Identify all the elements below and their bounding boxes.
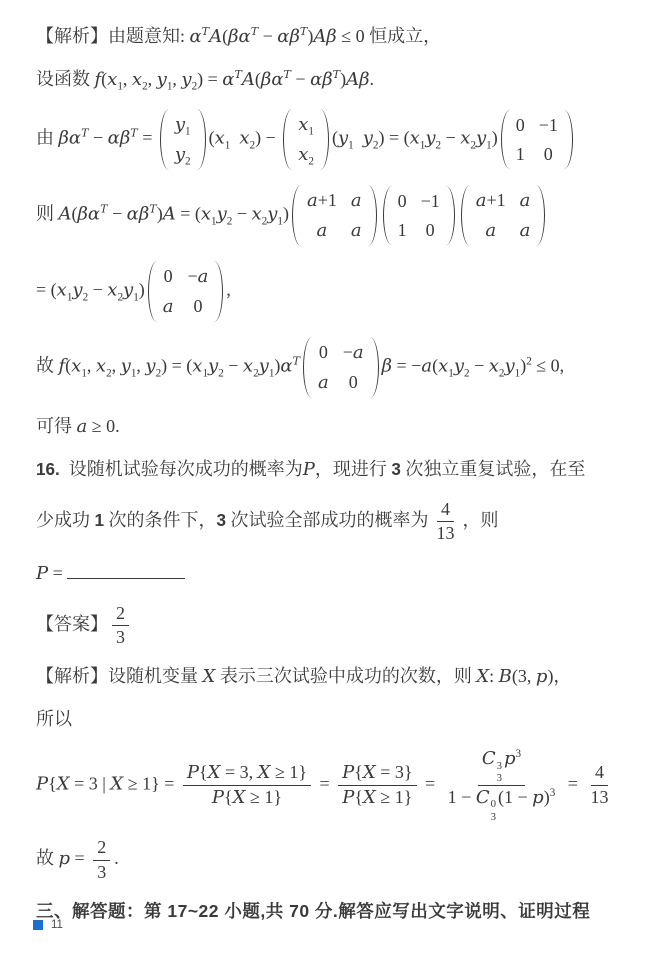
matrix-paren-right — [368, 185, 377, 246]
math-variable: y — [454, 356, 464, 377]
text-run: , — [112, 356, 121, 376]
text-run: − — [89, 127, 108, 147]
text-run: − — [258, 26, 277, 46]
matrix-cell: 0 — [421, 217, 440, 243]
fraction-numerator: C33p3 — [478, 747, 525, 786]
text-run: { — [224, 787, 233, 807]
text-run: ≥ 1} — [270, 762, 307, 782]
section3-heading: 三、解答题：第 17~22 小题,共 70 分.解答应写出文字说明、证明过程 — [36, 897, 655, 925]
math-variable: x — [410, 127, 420, 148]
math-variable: X — [208, 762, 221, 783]
text-run: − — [470, 356, 489, 376]
text-run: , — [148, 69, 157, 89]
text-run: = — [70, 848, 89, 868]
text-run: 则 — [36, 204, 59, 224]
text-run: 设随机试验每次成功的概率为 — [60, 459, 303, 479]
text-run: 13 — [590, 787, 608, 807]
q16-probability-formula: P{X = 3 | X ≥ 1} = P{X = 3, X ≥ 1}P{X ≥ … — [36, 747, 655, 823]
text-run: = 3} — [376, 762, 413, 782]
matrix-cell: x1 — [298, 111, 314, 138]
matrix-paren-right — [214, 261, 223, 322]
q15-result: 可得 a ≥ 0. — [36, 412, 655, 442]
text-run: 0 — [193, 296, 202, 316]
math-subscript: 2 — [308, 155, 314, 167]
math-superscript: T — [202, 25, 209, 38]
math-superscript: 3 — [497, 760, 502, 772]
math-matrix: 0−110 — [383, 185, 455, 246]
matrix-cell: 0 — [188, 293, 209, 320]
math-variable: a — [485, 220, 496, 241]
fraction-numerator: 4 — [437, 498, 454, 522]
answer-blank — [67, 562, 185, 578]
page-marker-icon — [33, 920, 43, 930]
math-variable: y — [175, 114, 185, 135]
math-superscript: T — [149, 203, 156, 216]
math-variable: p — [532, 787, 544, 808]
text-run: +1 — [318, 190, 337, 210]
text-run: : — [489, 666, 499, 686]
math-subscript: 2 — [185, 155, 191, 167]
matrix-cell: 0 — [516, 112, 525, 138]
matrix-paren-left — [160, 109, 169, 170]
matrix-paren-left — [283, 109, 292, 170]
math-variable: p — [59, 848, 71, 869]
text-run: 1 − — [448, 787, 476, 807]
math-variable: y — [145, 356, 155, 377]
math-variable: y — [338, 127, 348, 148]
text-run: − — [88, 280, 107, 300]
math-variable: P — [303, 459, 315, 480]
text-run: { — [199, 762, 208, 782]
math-variable: a — [476, 190, 487, 211]
text-run: )， — [547, 666, 571, 686]
text-run: 恒成立， — [369, 26, 441, 46]
text-run: . — [370, 69, 375, 89]
math-fraction: C33p31 − C03(1 − p)3 — [444, 747, 560, 823]
math-variable: p — [504, 748, 516, 769]
math-superscript: 3 — [516, 748, 522, 760]
text-run: , — [123, 69, 132, 89]
text-run: ≥ 1} = — [123, 773, 179, 793]
matrix-cell: a+1 — [476, 187, 506, 214]
math-variable: Aβ — [346, 69, 369, 90]
text-run: 1 — [516, 144, 525, 164]
text-run: . — [114, 848, 119, 868]
math-variable: a — [317, 220, 328, 241]
math-variable: βα — [261, 69, 284, 90]
fraction-numerator: P{X = 3, X ≥ 1} — [183, 761, 311, 785]
math-variable: x — [192, 356, 202, 377]
text-run: = — [563, 773, 582, 793]
math-variable: a — [351, 190, 362, 211]
math-variable: P — [187, 762, 199, 783]
math-subscript: 1 — [185, 125, 191, 137]
text-run: 4 — [595, 762, 604, 782]
math-variable: a — [318, 372, 329, 393]
math-variable: a — [307, 190, 318, 211]
text-run: 2 — [97, 837, 106, 857]
math-variable: αβ — [277, 26, 300, 47]
text-run: { — [48, 773, 57, 793]
matrix-grid: 0−110 — [395, 185, 443, 246]
matrix-paren-left — [303, 337, 312, 398]
math-variable: P — [342, 787, 354, 808]
bold-text: 3 — [217, 511, 227, 530]
math-superscript: T — [283, 68, 290, 81]
math-variable: a — [351, 220, 362, 241]
math-variable: X — [476, 666, 489, 687]
matrix-cell: 0 — [398, 188, 407, 214]
matrix-cell: 1 — [516, 141, 525, 167]
matrix-cell: x2 — [298, 141, 314, 168]
text-run: 2 — [116, 603, 125, 623]
math-superscript: T — [293, 355, 300, 368]
text-run: − — [291, 69, 310, 89]
math-variable: a — [198, 266, 209, 287]
text-run — [354, 127, 363, 147]
text-run: 设函数 — [36, 69, 95, 89]
text-run: = — [315, 773, 334, 793]
matrix-paren-right — [197, 109, 206, 170]
q16-result: 故 p = 23. — [36, 836, 655, 884]
math-variable: a — [421, 356, 432, 377]
page-footer: 11 — [33, 919, 63, 931]
math-variable: y — [175, 144, 185, 165]
math-variable: y — [259, 356, 269, 377]
matrix-cell: a — [520, 217, 531, 244]
math-variable: X — [203, 666, 216, 687]
math-variable: P — [36, 563, 48, 584]
math-matrix: 0−aa0 — [148, 260, 224, 323]
math-variable: p — [536, 666, 548, 687]
matrix-cell: 0 — [318, 339, 329, 366]
math-variable: a — [520, 190, 531, 211]
math-variable: Aβ — [313, 26, 336, 47]
matrix-cell: 1 — [398, 217, 407, 243]
math-variable: x — [96, 356, 106, 377]
text-run: ≥ 1} — [376, 787, 413, 807]
math-matrix: x1x2 — [283, 108, 329, 171]
text-run: 三、解答题：第 17~22 小题,共 70 分.解答应写出文字说明、证明过程 — [36, 901, 590, 921]
math-variable: a — [353, 342, 364, 363]
matrix-cell: a — [476, 217, 506, 244]
math-variable: x — [57, 280, 67, 301]
bold-text: 16. — [36, 460, 60, 479]
q16-problem-line1: 16. 设随机试验每次成功的概率为P，现进行 3 次独立重复试验，在至 — [36, 455, 655, 485]
matrix-cell: a — [351, 187, 362, 214]
text-run: ≤ 0 — [337, 26, 369, 46]
fraction-denominator: 13 — [433, 522, 459, 545]
matrix-paren-left — [461, 185, 470, 246]
q16-blank-line: P = — [36, 559, 655, 589]
q15-matrix-derivation-2: 则 A(βαT − αβT)A = (x1y2 − x2y1)a+1aaa0−1… — [36, 184, 655, 247]
matrix-paren-right — [564, 110, 573, 169]
matrix-paren-left — [292, 185, 301, 246]
matrix-cell: −1 — [539, 112, 558, 138]
matrix-cell: a — [307, 217, 337, 244]
matrix-paren-right — [446, 186, 455, 245]
math-superscript: T — [130, 126, 137, 139]
text-run: 3 — [97, 862, 106, 882]
text-run: (3, — [512, 666, 536, 686]
math-variable: X — [57, 773, 70, 794]
q15-matrix-derivation-1: 由 βαT − αβT = y1y2(x1 x2) − x1x2(y1 y2) … — [36, 108, 655, 171]
math-fraction: 23 — [112, 602, 129, 650]
math-variable: X — [363, 762, 376, 783]
math-superscript: T — [234, 68, 241, 81]
matrix-cell: a — [318, 369, 329, 396]
math-fraction: P{X = 3}P{X ≥ 1} — [338, 761, 416, 809]
text-run: (1 − — [498, 787, 532, 807]
bold-text: 3 — [391, 460, 401, 479]
matrix-cell: a — [163, 293, 174, 320]
text-run: − — [188, 266, 198, 286]
text-run: − — [224, 356, 243, 376]
math-matrix: a+1aaa — [461, 184, 546, 247]
text-run: ) − — [255, 127, 280, 147]
text-run: 故 — [36, 848, 59, 868]
text-run: 表示三次试验中成功的次数，则 — [215, 666, 476, 686]
math-variable: x — [132, 69, 142, 90]
math-variable: x — [251, 204, 261, 225]
math-variable: x — [489, 356, 499, 377]
q16-analysis-line1: 【解析】设随机变量 X 表示三次试验中成功的次数，则 X: B(3, p)， — [36, 662, 655, 692]
matrix-cell: −a — [343, 339, 364, 366]
text-run: = ( — [36, 280, 57, 300]
math-variable: y — [504, 356, 514, 377]
fraction-denominator: 13 — [586, 786, 612, 809]
text-run: +1 — [486, 190, 505, 210]
text-run: 次独立重复试验，在至 — [401, 459, 586, 479]
math-variable: a — [77, 416, 88, 437]
q16-problem-line2: 少成功 1 次的条件下，3 次试验全部成功的概率为413，则 — [36, 498, 655, 546]
matrix-cell: −1 — [421, 188, 440, 214]
math-subscript: 3 — [497, 772, 502, 784]
q15-conclusion-inequality: 故 f(x1, x2, y1, y2) = (x1y2 − x2y1)αT0−a… — [36, 336, 655, 399]
math-variable: x — [107, 280, 117, 301]
text-run: = 3, — [220, 762, 257, 782]
page: { "page": { "footer": { "page_number": "… — [0, 0, 665, 956]
text-run: 次试验全部成功的概率为 — [226, 510, 429, 530]
math-variable: x — [298, 144, 308, 165]
math-variable: x — [215, 127, 225, 148]
math-variable: βα — [59, 127, 82, 148]
math-variable: αβ — [127, 204, 150, 225]
text-run: ，现进行 — [315, 459, 392, 479]
text-run: 0 — [164, 266, 173, 286]
math-variable: x — [460, 127, 470, 148]
text-run: 13 — [437, 523, 455, 543]
page-number: 11 — [51, 919, 63, 931]
text-run: 【答案】 — [36, 614, 108, 634]
text-run: 【解析】由题意知: — [36, 26, 190, 46]
text-run: ) — [492, 127, 498, 147]
math-fraction: P{X = 3, X ≥ 1}P{X ≥ 1} — [183, 761, 311, 809]
matrix-paren-left — [383, 186, 392, 245]
q16-answer: 【答案】23 — [36, 602, 655, 650]
math-superscript: T — [81, 126, 88, 139]
math-superscript: 0 — [491, 798, 496, 810]
text-run: − — [108, 204, 127, 224]
text-run: 0 — [319, 342, 328, 362]
matrix-grid: a+1aaa — [473, 184, 534, 247]
matrix-cell: 0 — [163, 263, 174, 290]
matrix-grid: a+1aaa — [304, 184, 365, 247]
fraction-numerator: P{X = 3} — [338, 761, 416, 785]
math-variable: y — [476, 127, 486, 148]
matrix-paren-right — [370, 337, 379, 398]
math-variable: X — [258, 762, 271, 783]
text-run: 0 — [516, 115, 525, 135]
matrix-paren-left — [501, 110, 510, 169]
text-run: 4 — [441, 499, 450, 519]
text-run: ) — [283, 204, 289, 224]
text-run: 由 — [36, 127, 59, 147]
math-fraction: 413 — [433, 498, 459, 546]
text-run: − — [441, 127, 460, 147]
math-matrix: a+1aaa — [292, 184, 377, 247]
math-variable: y — [363, 127, 373, 148]
text-run: −1 — [539, 115, 558, 135]
q15-matrix-derivation-3: = (x1y2 − x2y1)0−aa0, — [36, 260, 655, 323]
fraction-denominator: 1 − C03(1 − p)3 — [444, 786, 560, 824]
math-variable: βα — [228, 26, 251, 47]
text-run: 所以 — [36, 709, 72, 729]
math-superscript: T — [100, 203, 107, 216]
matrix-cell: a — [520, 187, 531, 214]
math-variable: α — [190, 26, 202, 47]
matrix-cell: 0 — [343, 369, 364, 396]
math-variable: y — [123, 280, 133, 301]
matrix-paren-left — [148, 261, 157, 322]
math-variable: y — [181, 69, 191, 90]
math-variable: y — [267, 204, 277, 225]
text-run: , — [226, 280, 231, 300]
math-variable: αβ — [310, 69, 333, 90]
text-run: , — [87, 356, 96, 376]
math-variable: α — [280, 356, 292, 377]
text-run: ) = ( — [161, 356, 192, 376]
matrix-cell: a — [351, 217, 362, 244]
text-run: ) = — [197, 69, 222, 89]
q15-setup-line: 设函数 f(x1, x2, y1, y2) = αTA(βαT − αβT)Aβ… — [36, 65, 655, 95]
math-variable: C — [476, 787, 490, 808]
math-variable: P — [212, 787, 224, 808]
text-run: 【解析】设随机变量 — [36, 666, 203, 686]
math-variable: α — [222, 69, 234, 90]
text-run: 0 — [544, 144, 553, 164]
text-run: ) — [139, 280, 145, 300]
text-run: −1 — [421, 191, 440, 211]
fraction-numerator: 2 — [112, 602, 129, 626]
math-variable: P — [342, 762, 354, 783]
matrix-grid: 0−110 — [513, 109, 561, 170]
math-variable: y — [157, 69, 167, 90]
text-run: 少成功 — [36, 510, 95, 530]
math-matrix: 0−aa0 — [303, 336, 379, 399]
text-run: ≥ 0. — [87, 416, 119, 436]
text-run: = ( — [176, 204, 201, 224]
matrix-cell: y2 — [175, 141, 191, 168]
math-variable: y — [72, 280, 82, 301]
math-variable: x — [243, 356, 253, 377]
math-variable: A — [59, 204, 72, 225]
text-run: 次的条件下， — [104, 510, 217, 530]
document-body: 【解析】由题意知: αTA(βαT − αβT)Aβ ≤ 0 恒成立，设函数 f… — [0, 0, 665, 925]
math-stacked-scripts: 03 — [491, 798, 496, 823]
text-run: − — [343, 342, 353, 362]
text-run: ≥ 1} — [245, 787, 282, 807]
text-run: ，则 — [463, 510, 499, 530]
fraction-numerator: 4 — [591, 761, 608, 785]
math-variable: a — [163, 296, 174, 317]
fraction-denominator: 3 — [112, 626, 129, 649]
math-variable: x — [201, 204, 211, 225]
text-run: = — [421, 773, 440, 793]
matrix-grid: 0−aa0 — [315, 336, 367, 399]
fraction-denominator: P{X ≥ 1} — [338, 786, 416, 809]
math-variable: x — [71, 356, 81, 377]
math-variable: y — [121, 356, 131, 377]
matrix-cell: −a — [188, 263, 209, 290]
text-run: 0 — [349, 372, 358, 392]
text-run: 0 — [426, 220, 435, 240]
math-variable: X — [233, 787, 246, 808]
text-run: = 3 | — [70, 773, 111, 793]
math-variable: C — [482, 748, 496, 769]
math-matrix: 0−110 — [501, 109, 573, 170]
fraction-denominator: P{X ≥ 1} — [208, 786, 286, 809]
fraction-numerator: 2 — [93, 836, 110, 860]
text-run: 1 — [398, 220, 407, 240]
math-variable: B — [499, 666, 512, 687]
text-run: 0 — [398, 191, 407, 211]
text-run — [230, 127, 239, 147]
text-run: = — [48, 563, 67, 583]
math-fraction: 413 — [586, 761, 612, 809]
text-run: ) = ( — [378, 127, 409, 147]
math-superscript: 3 — [550, 787, 556, 799]
math-variable: A — [163, 204, 176, 225]
text-run: ≤ 0, — [532, 356, 564, 376]
q15-analysis-line1: 【解析】由题意知: αTA(βαT − αβT)Aβ ≤ 0 恒成立， — [36, 22, 655, 52]
matrix-grid: y1y2 — [172, 108, 194, 171]
math-variable: y — [425, 127, 435, 148]
matrix-grid: 0−aa0 — [160, 260, 212, 323]
matrix-cell: y1 — [175, 111, 191, 138]
matrix-cell: 0 — [539, 141, 558, 167]
math-variable: x — [438, 356, 448, 377]
math-matrix: y1y2 — [160, 108, 206, 171]
math-variable: P — [36, 773, 48, 794]
math-variable: β — [382, 356, 392, 377]
text-run: = — [138, 127, 157, 147]
fraction-denominator: 3 — [93, 861, 110, 884]
math-variable: A — [209, 26, 222, 47]
math-fraction: 23 — [93, 836, 110, 884]
text-run: = − — [392, 356, 421, 376]
math-variable: x — [239, 127, 249, 148]
math-subscript: 3 — [491, 811, 496, 823]
text-run: { — [354, 762, 363, 782]
matrix-paren-right — [536, 185, 545, 246]
matrix-grid: x1x2 — [295, 108, 317, 171]
math-variable: x — [107, 69, 117, 90]
bold-text: 1 — [95, 511, 105, 530]
math-stacked-scripts: 33 — [497, 760, 502, 785]
math-variable: x — [298, 114, 308, 135]
math-variable: a — [520, 220, 531, 241]
